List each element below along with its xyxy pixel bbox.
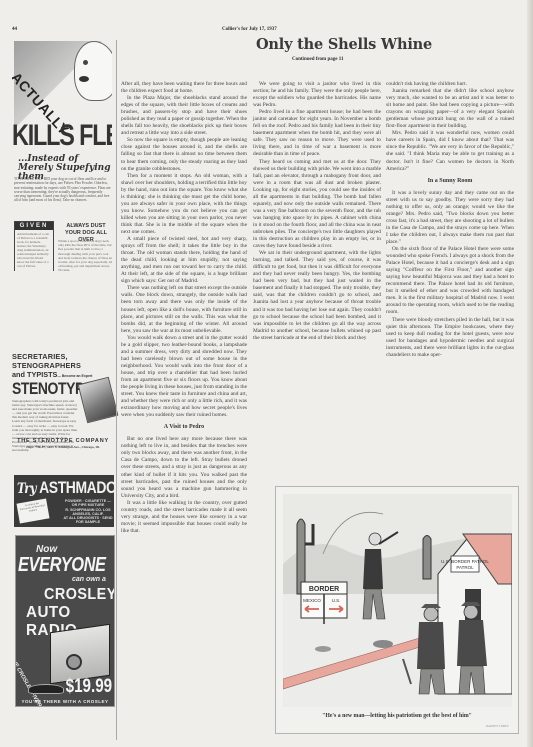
- ad-column: ACTUALLY KILLS FLEAS ...Instead of Merel…: [12, 33, 112, 271]
- paragraph: There was nothing left on that street ex…: [121, 285, 247, 334]
- asthma-sub: POWDER · CIGARETTE — OR PIPE MIXTURE R. …: [62, 499, 114, 525]
- paragraph: In the Plaza Major, the shoeblacks stand…: [121, 95, 247, 137]
- svg-text:U.S.: U.S.: [332, 598, 341, 603]
- paragraph: Mrs. Pedro said it was wonderful now, wo…: [386, 130, 514, 172]
- svg-text:MEXICO: MEXICO: [303, 598, 321, 603]
- paragraph: So now the square is empty, though peopl…: [121, 137, 247, 172]
- steno-line2-main: and TYPISTS: [12, 370, 57, 379]
- page-number: 44: [12, 27, 17, 32]
- paragraph: After all, they have been waiting there …: [121, 81, 247, 95]
- border-sign-text: BORDER: [309, 586, 339, 593]
- crosley-price: $19.99: [66, 676, 113, 698]
- magazine-page: 44 Collier's for July 17, 1937 Only the …: [0, 0, 533, 747]
- page-edge: [527, 0, 533, 747]
- border-cartoon-icon: U.S. BORDER PATROL PATROL BORDER MEXICO …: [283, 494, 512, 707]
- paragraph: It was a lovely sunny day and they came …: [386, 190, 514, 246]
- asthma-note: To relieve the Paroxysms of Bronchial As…: [16, 499, 49, 524]
- given-label: GIVEN: [15, 222, 53, 230]
- hut-sign-text: U.S. BORDER PATROL: [441, 559, 489, 564]
- article-column-2: We were going to visit a janitor who liv…: [253, 81, 381, 342]
- crosley-footer: YOU'RE THERE WITH A CROSLEY: [16, 699, 114, 704]
- paragraph: couldn't risk having the children hurt.: [386, 81, 514, 88]
- section-heading: A Visit to Pedro: [121, 424, 247, 431]
- paragraph: We were going to visit a janitor who liv…: [253, 81, 381, 109]
- article-column-3: couldn't risk having the children hurt. …: [386, 81, 514, 359]
- paragraph: On the sixth floor of the Palace Hotel t…: [386, 246, 514, 316]
- running-head: Collier's for July 17, 1937: [222, 27, 277, 32]
- asthma-headline: Try ASTHMADOR: [17, 478, 114, 498]
- paragraph: There were bloody stretchers piled in th…: [386, 317, 514, 359]
- asthma-maker: R. SCHIFFMANN CO. LOS ANGELES, CALIF.: [62, 508, 114, 517]
- given-text: Advertisements of a can of Pulvex is a s…: [15, 230, 53, 270]
- car-illustration-icon: [28, 684, 64, 694]
- paragraph: But no one lived here any more because t…: [121, 436, 247, 499]
- asthma-try: Try: [17, 481, 36, 497]
- section-heading: In a Sunny Room: [386, 178, 514, 185]
- steno-line1: SECRETARIES, STENOGRAPHERS: [12, 352, 114, 370]
- steno-line2-small: — Become an Expert: [57, 374, 92, 378]
- steno-company: THE STENOTYPE COMPANY: [12, 438, 114, 444]
- ad-crosley: Now EVERYONE can own a CROSLEY AUTO RADI…: [15, 535, 115, 707]
- ad-headline: KILLS FLEAS: [12, 119, 112, 153]
- asthma-brand: ASTHMADOR: [39, 478, 114, 497]
- paragraph: Juanita remarked that she didn't like sc…: [386, 88, 514, 130]
- svg-text:PATROL: PATROL: [456, 565, 474, 570]
- cartoonist-signature: BARNEY TOBEY: [486, 724, 509, 728]
- paragraph: Then for a moment it stops. An old woman…: [121, 173, 247, 236]
- ad-body: TO COMPLETELY RID your dog or cat of fle…: [14, 177, 112, 203]
- crosley-everyone: EVERYONE: [18, 554, 106, 577]
- paragraph: You would walk down a street and in the …: [121, 335, 247, 420]
- continued-note: Continued from page 11: [292, 57, 343, 62]
- ad-stenotype: SECRETARIES, STENOGRAPHERS and TYPISTS— …: [12, 352, 114, 452]
- paragraph: Pedro lived in a fine apartment house; h…: [253, 109, 381, 158]
- ad-pulvex: ACTUALLY KILLS FLEAS ...Instead of Merel…: [12, 33, 112, 271]
- column-rule: [116, 40, 117, 740]
- dog-illustration-icon: [74, 41, 112, 101]
- paragraph: We sat in their underground apartment, w…: [253, 250, 381, 342]
- steno-line2: and TYPISTS— Become an Expert: [12, 370, 114, 379]
- article-title: Only the Shells Whine: [256, 36, 432, 53]
- crosley-can-own: can own a: [72, 576, 106, 583]
- asthma-product-line: POWDER · CIGARETTE — OR PIPE MIXTURE: [62, 499, 114, 508]
- paragraph: They heard us coming and met us at the d…: [253, 159, 381, 251]
- asthma-footer: AT ALL DRUGGISTS · SEND FOR SAMPLE: [62, 516, 114, 525]
- cartoon-caption: "He's a new man—letting his patriotism g…: [275, 713, 519, 719]
- paragraph: It was a little like walking in the coun…: [121, 500, 247, 535]
- always-body: Whisk a spot of Pulvex on dog's neck onl…: [58, 239, 112, 271]
- radio-dial-icon: [66, 654, 82, 670]
- given-box: GIVEN Advertisements of a can of Pulvex …: [14, 221, 54, 271]
- crosley-brand: CROSLEY: [44, 586, 115, 604]
- steno-address: Dept. 740-87, 4101 S. Michigan Ave., Chi…: [12, 445, 114, 449]
- ad-asthmador: Try ASTHMADOR To relieve the Paroxysms o…: [14, 475, 114, 527]
- paragraph: A small piece of twisted steel, hot and …: [121, 236, 247, 285]
- article-column-1: After all, they have been waiting there …: [121, 81, 247, 535]
- cartoon-illustration: U.S. BORDER PATROL PATROL BORDER MEXICO …: [283, 494, 512, 707]
- stenotype-photo-icon: [78, 377, 119, 424]
